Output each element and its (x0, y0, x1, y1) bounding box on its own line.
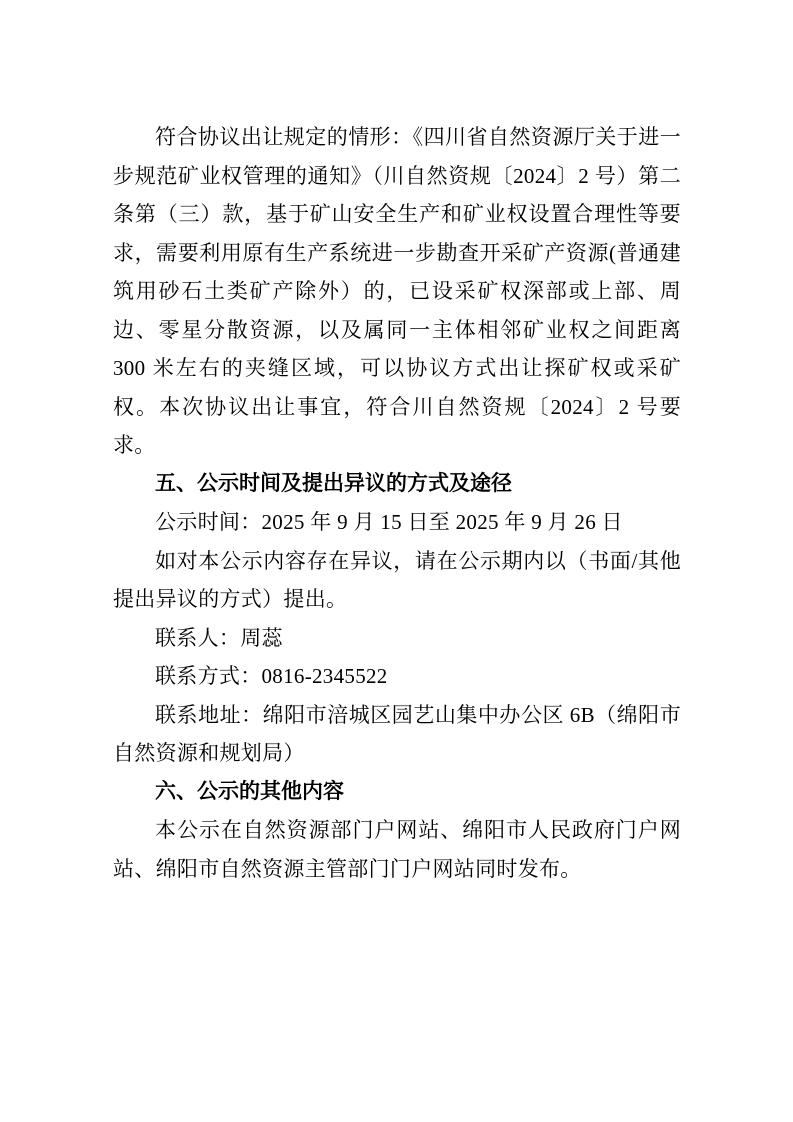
paragraph-publish-websites: 本公示在自然资源部门户网站、绵阳市人民政府门户网站、绵阳市自然资源主管部门门户网… (113, 811, 681, 888)
paragraph-agreement-transfer-basis: 符合协议出让规定的情形：《四川省自然资源厅关于进一步规范矿业权管理的通知》（川自… (113, 118, 681, 465)
paragraph-objection-method: 如对本公示内容存在异议，请在公示期内以（书面/其他提出异议的方式）提出。 (113, 542, 681, 619)
paragraph-public-notice-period: 公示时间：2025 年 9 月 15 日至 2025 年 9 月 26 日 (113, 503, 681, 542)
paragraph-contact-phone: 联系方式：0816-2345522 (113, 657, 681, 696)
paragraph-contact-person: 联系人：周蕊 (113, 619, 681, 658)
heading-section-5-notice-period-and-objection: 五、公示时间及提出异议的方式及途径 (113, 465, 681, 504)
heading-section-6-other-content: 六、公示的其他内容 (113, 773, 681, 812)
document-page: 符合协议出让规定的情形：《四川省自然资源厅关于进一步规范矿业权管理的通知》（川自… (0, 0, 793, 1122)
paragraph-contact-address: 联系地址：绵阳市涪城区园艺山集中办公区 6B（绵阳市自然资源和规划局） (113, 696, 681, 773)
